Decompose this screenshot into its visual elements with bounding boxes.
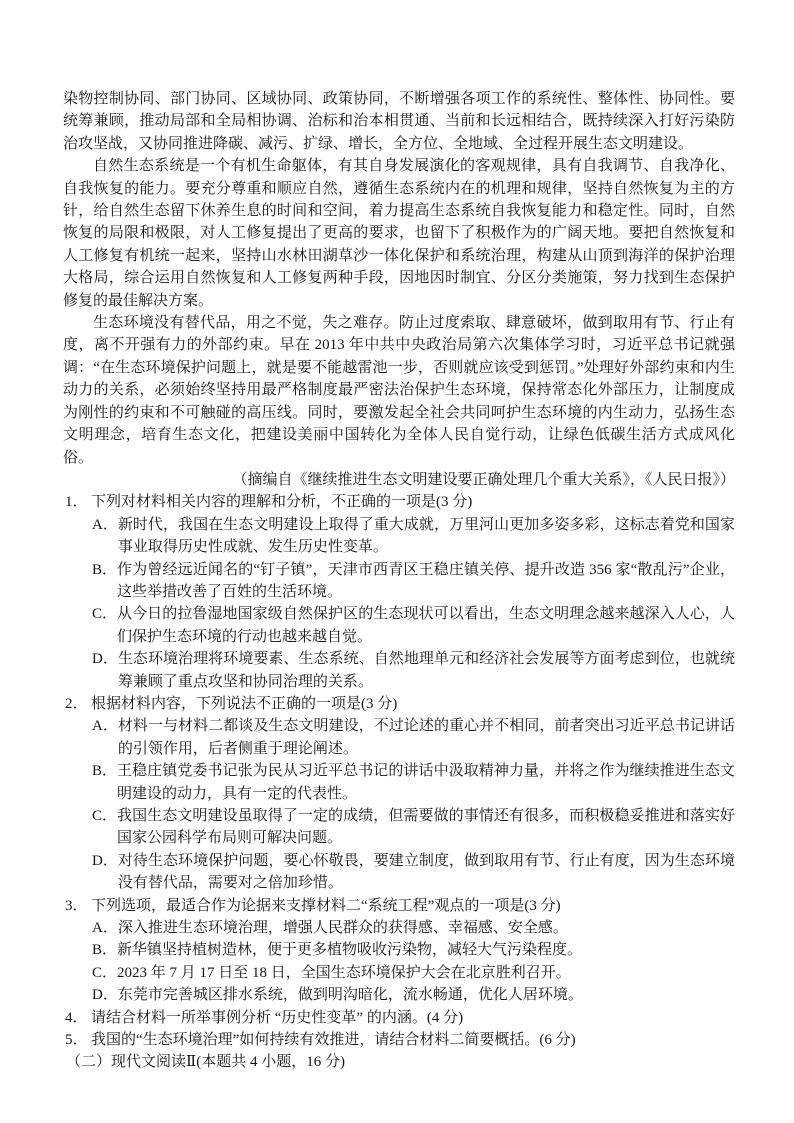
option-text: 生态环境治理将环境要素、生态系统、自然地理单元和经济社会发展等方面考虑到位，也就… [118,648,735,693]
question-3-stem: 3． 下列选项，最适合作为论据来支撑材料二“系统工程”观点的一项是(3 分) [63,895,735,917]
question-number: 2． [63,693,91,715]
question-4: 4． 请结合材料一所举事例分析 “历史性变革” 的内涵。(4 分) [63,1007,735,1029]
exam-page: 染物控制协同、部门协同、区域协同、政策协同，不断增强各项工作的系统性、整体性、协… [0,0,794,1123]
option-text: 2023 年 7 月 17 日至 18 日，全国生态环境保护大会在北京胜利召开。 [117,962,735,984]
question-1-option-d: D． 生态环境治理将环境要素、生态系统、自然地理单元和经济社会发展等方面考虑到位… [63,648,735,693]
question-number: 1． [63,491,91,513]
question-2-option-b: B． 王稳庄镇党委书记张为民从习近平总书记的讲话中汲取精神力量，并将之作为继续推… [63,760,735,805]
option-label: B． [92,939,117,961]
option-text: 新时代，我国在生态文明建设上取得了重大成就，万里河山更加多姿多彩，这标志着党和国… [118,514,735,559]
option-label: A． [92,514,118,559]
option-text: 新华镇坚持植树造林，便于更多植物吸收污染物，减轻大气污染程度。 [117,939,735,961]
option-label: C． [92,805,117,850]
option-label: C． [92,603,117,648]
question-3: 3． 下列选项，最适合作为论据来支撑材料二“系统工程”观点的一项是(3 分) A… [63,895,735,1007]
question-text: 下列对材料相关内容的理解和分析，不正确的一项是(3 分) [91,491,735,513]
question-3-option-c: C． 2023 年 7 月 17 日至 18 日，全国生态环境保护大会在北京胜利… [63,962,735,984]
source-attribution: （摘编自《继续推进生态文明建设要正确处理几个重大关系》，《人民日报》） [63,469,735,491]
option-text: 王稳庄镇党委书记张为民从习近平总书记的讲话中汲取精神力量，并将之作为继续推进生态… [117,760,735,805]
material-paragraph-2: 自然生态系统是一个有机生命躯体，有其自身发展演化的客观规律，具有自我调节、自我净… [63,155,735,312]
question-1: 1． 下列对材料相关内容的理解和分析，不正确的一项是(3 分) A． 新时代，我… [63,491,735,693]
option-text: 我国生态文明建设虽取得了一定的成绩，但需要做的事情还有很多，而积极稳妥推进和落实… [117,805,735,850]
material-paragraph-3: 生态环境没有替代品，用之不觉，失之难存。防止过度索取、肆意破坏，做到取用有节、行… [63,312,735,469]
question-1-option-b: B． 作为曾经远近闻名的“钉子镇”，天津市西青区王稳庄镇关停、提升改造 356 … [63,559,735,604]
question-number: 3． [63,895,91,917]
question-1-option-a: A． 新时代，我国在生态文明建设上取得了重大成就，万里河山更加多姿多彩，这标志着… [63,514,735,559]
question-2-option-a: A． 材料一与材料二都谈及生态文明建设，不过论述的重心并不相同，前者突出习近平总… [63,715,735,760]
section-header: （二）现代文阅读Ⅱ(本题共 4 小题，16 分) [63,1051,735,1073]
question-3-option-b: B． 新华镇坚持植树造林，便于更多植物吸收污染物，减轻大气污染程度。 [63,939,735,961]
option-label: D． [92,648,118,693]
question-5-stem: 5． 我国的“生态环境治理”如何持续有效推进，请结合材料二简要概括。(6 分) [63,1029,735,1051]
question-5: 5． 我国的“生态环境治理”如何持续有效推进，请结合材料二简要概括。(6 分) [63,1029,735,1051]
question-2: 2． 根据材料内容，下列说法不正确的一项是(3 分) A． 材料一与材料二都谈及… [63,693,735,895]
option-text: 深入推进生态环境治理，增强人民群众的获得感、幸福感、安全感。 [118,917,735,939]
option-text: 从今日的拉鲁湿地国家级自然保护区的生态现状可以看出，生态文明理念越来越深入人心，… [117,603,735,648]
question-1-option-c: C． 从今日的拉鲁湿地国家级自然保护区的生态现状可以看出，生态文明理念越来越深入… [63,603,735,648]
question-4-stem: 4． 请结合材料一所举事例分析 “历史性变革” 的内涵。(4 分) [63,1007,735,1029]
question-2-option-c: C． 我国生态文明建设虽取得了一定的成绩，但需要做的事情还有很多，而积极稳妥推进… [63,805,735,850]
question-number: 5． [63,1029,91,1051]
option-label: D． [92,984,118,1006]
question-text: 根据材料内容，下列说法不正确的一项是(3 分) [91,693,735,715]
material-paragraph-continuation: 染物控制协同、部门协同、区域协同、政策协同，不断增强各项工作的系统性、整体性、协… [63,88,735,155]
question-text: 我国的“生态环境治理”如何持续有效推进，请结合材料二简要概括。(6 分) [91,1029,735,1051]
question-3-option-d: D． 东莞市完善城区排水系统，做到明沟暗化，流水畅通，优化人居环境。 [63,984,735,1006]
question-text: 下列选项，最适合作为论据来支撑材料二“系统工程”观点的一项是(3 分) [91,895,735,917]
question-1-stem: 1． 下列对材料相关内容的理解和分析，不正确的一项是(3 分) [63,491,735,513]
option-text: 材料一与材料二都谈及生态文明建设，不过论述的重心并不相同，前者突出习近平总书记讲… [118,715,735,760]
question-2-option-d: D． 对待生态环境保护问题，要心怀敬畏，要建立制度，做到取用有节、行止有度，因为… [63,850,735,895]
question-3-option-a: A． 深入推进生态环境治理，增强人民群众的获得感、幸福感、安全感。 [63,917,735,939]
option-label: A． [92,715,118,760]
option-label: B． [92,760,117,805]
option-text: 东莞市完善城区排水系统，做到明沟暗化，流水畅通，优化人居环境。 [118,984,735,1006]
option-text: 对待生态环境保护问题，要心怀敬畏，要建立制度，做到取用有节、行止有度，因为生态环… [118,850,735,895]
option-label: C． [92,962,117,984]
option-label: D． [92,850,118,895]
question-2-stem: 2． 根据材料内容，下列说法不正确的一项是(3 分) [63,693,735,715]
question-number: 4． [63,1007,91,1029]
option-label: B． [92,559,117,604]
question-text: 请结合材料一所举事例分析 “历史性变革” 的内涵。(4 分) [91,1007,735,1029]
option-label: A． [92,917,118,939]
option-text: 作为曾经远近闻名的“钉子镇”，天津市西青区王稳庄镇关停、提升改造 356 家“散… [117,559,735,604]
